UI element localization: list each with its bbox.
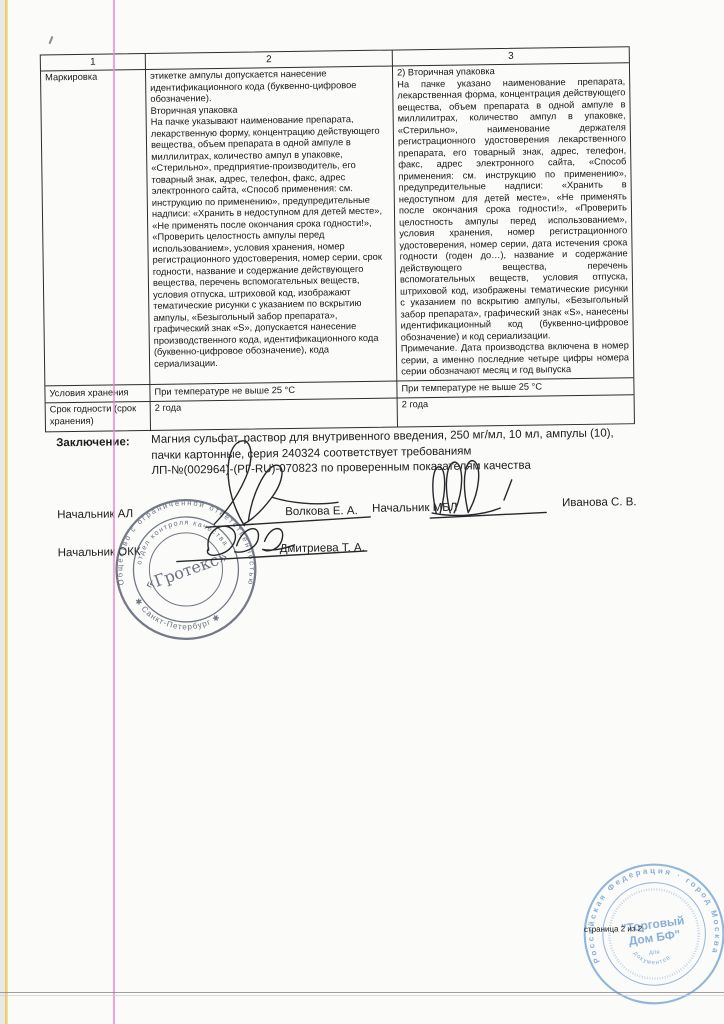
marking-col2: этикетке ампулы допускается нанесение ид… xyxy=(146,67,397,385)
signature-ivanova xyxy=(423,453,559,523)
scanned-page: 1 2 3 Маркировка этикетке ампулы допуска… xyxy=(0,0,724,1024)
storage-label: Условия хранения xyxy=(45,385,150,403)
signature-underline xyxy=(177,551,367,562)
marking-col3: 2) Вторичная упаковка На пачке указано н… xyxy=(393,63,633,381)
trade-round-stamp: Российская Федерация · город Москва "Тор… xyxy=(577,857,724,1011)
marking-col2-p1: этикетке ампулы допускается нанесение ид… xyxy=(150,68,388,106)
table-header-col1: 1 xyxy=(41,54,146,71)
scan-edge-yellow-stripe xyxy=(5,0,8,1024)
trade-stamp-sub1: для xyxy=(649,949,660,956)
marking-col3-p2: На пачке указано наименование препарата,… xyxy=(397,76,629,344)
shelf-life-label: Срок годности (срок хранения) xyxy=(46,402,151,431)
table-row-marking: Маркировка этикетке ампулы допускается н… xyxy=(41,63,633,386)
scan-pink-line-artifact xyxy=(113,0,115,1024)
marking-col3-note: Примечание. Дата производства включена в… xyxy=(401,340,629,378)
marking-label: Маркировка xyxy=(41,70,150,386)
shelf-life-col3: 2 года xyxy=(398,395,634,426)
shelf-life-col2: 2 года xyxy=(151,398,398,429)
signer-name-ivanova: Иванова С. В. xyxy=(562,496,637,509)
marking-col2-p3: На пачке указывают наименование препарат… xyxy=(151,114,393,370)
scan-bottom-line-artifact xyxy=(0,992,724,993)
scan-bottom-line-shadow xyxy=(0,995,724,996)
conclusion-label: Заключение: xyxy=(56,436,130,449)
page-number: страница 2 из 2 xyxy=(584,924,642,934)
signature-dmitrieva xyxy=(170,512,376,567)
spec-table: 1 2 3 Маркировка этикетке ампулы допуска… xyxy=(40,46,635,432)
